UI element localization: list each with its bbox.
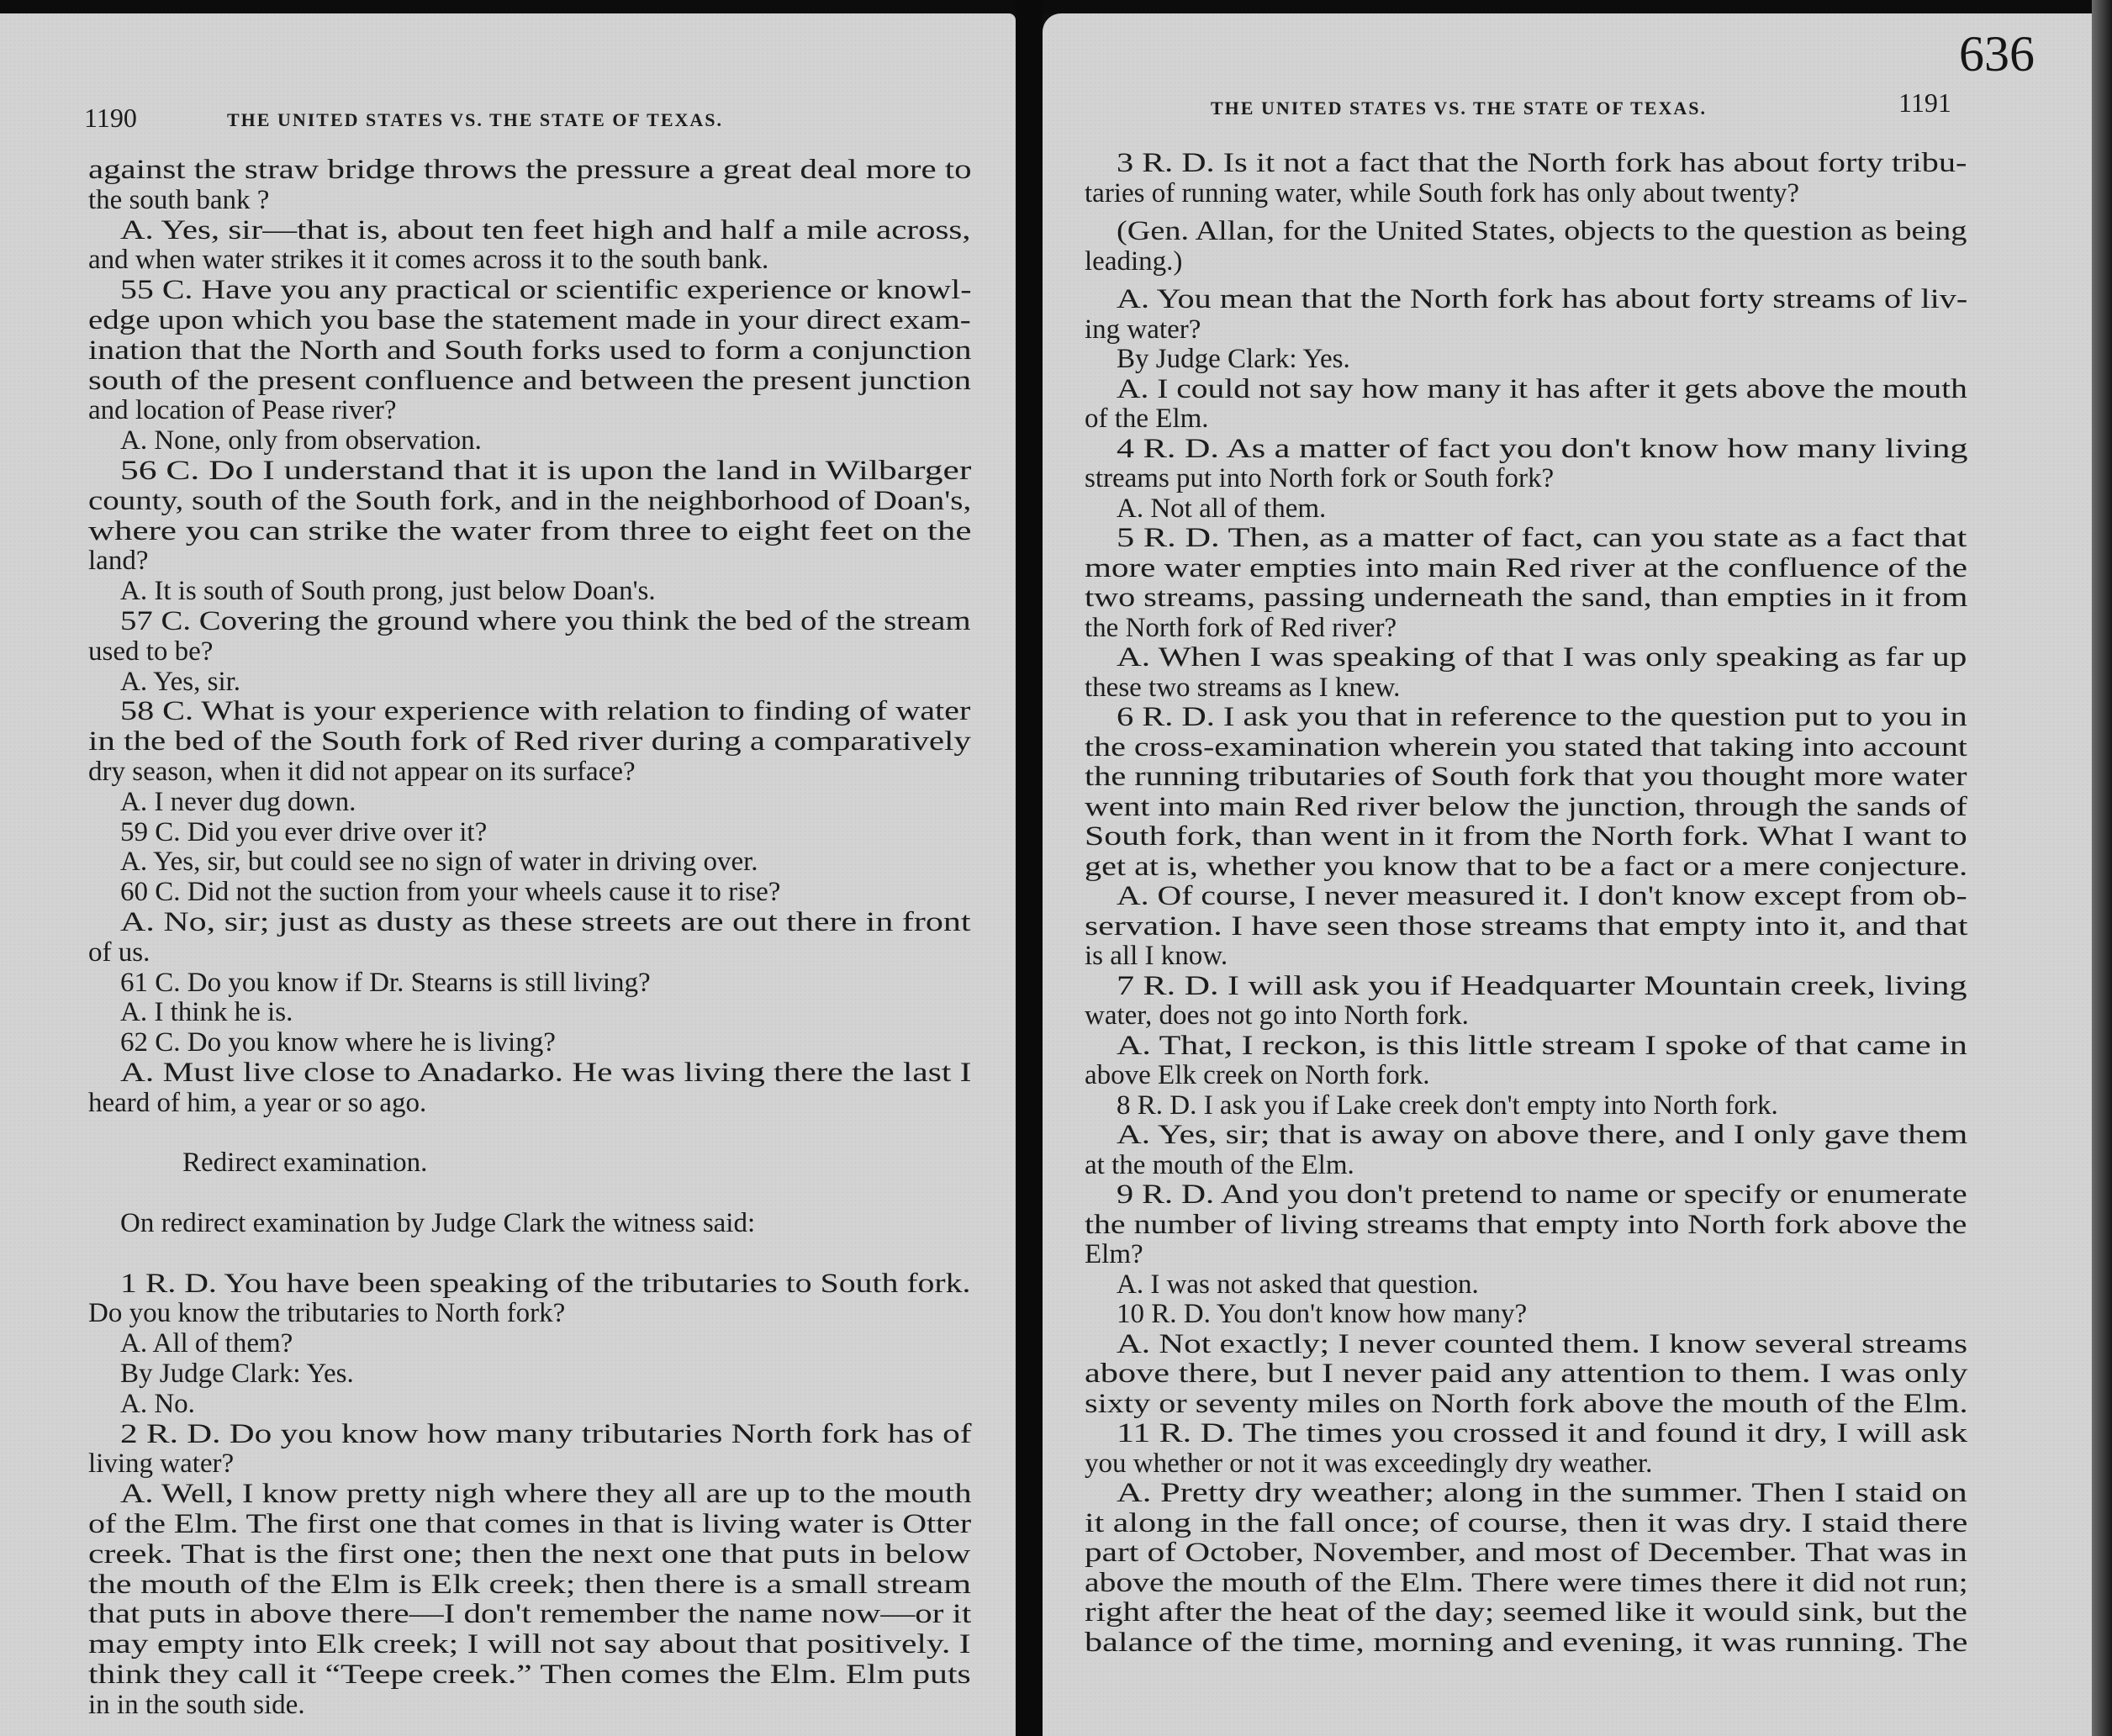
text-line: above the mouth of the Elm. There were t… [1085,1568,1968,1598]
text-line: A. Yes, sir; that is away on above there… [1117,1120,1967,1150]
text-line: 8 R. D. I ask you if Lake creek don't em… [1117,1090,1778,1121]
stamp-number: 636 [1959,25,2035,83]
text-line: 55 C. Have you any practical or scientif… [120,275,971,305]
text-line: above there, but I never paid any attent… [1085,1359,1967,1389]
text-line: A. I was not asked that question. [1117,1269,1479,1300]
text-line: the running tributaries of South fork th… [1085,762,1967,792]
text-line: the mouth of the Elm is Elk creek; then … [88,1570,971,1600]
text-line: the cross-examination wherein you stated… [1085,732,1967,762]
right-page: 636 THE UNITED STATES VS. THE STATE OF T… [1043,13,2092,1736]
text-line: balance of the time, morning and evening… [1085,1628,1968,1658]
text-line: 57 C. Covering the ground where you thin… [120,606,971,636]
running-head: THE UNITED STATES VS. THE STATE OF TEXAS… [227,109,723,131]
text-line: South fork, than went in it from the Nor… [1085,821,1967,852]
text-line: and location of Pease river? [88,395,397,425]
text-line: went into main Red river below the junct… [1085,792,1967,822]
text-line: think they call it “Teepe creek.” Then c… [88,1659,971,1690]
text-line: south of the present confluence and betw… [88,366,971,396]
text-line: against the straw bridge throws the pres… [88,155,972,185]
text-line: A. Yes, sir—that is, about ten feet high… [120,215,971,245]
text-line: 10 R. D. You don't know how many? [1117,1299,1527,1329]
text-line: A. When I was speaking of that I was onl… [1117,642,1967,673]
text-line: 5 R. D. Then, as a matter of fact, can y… [1117,523,1967,553]
text-line: the North fork of Red river? [1085,613,1397,643]
text-line: two streams, passing underneath the sand… [1085,583,1967,613]
text-line: Do you know the tributaries to North for… [88,1298,565,1328]
text-line: you whether or not it was exceedingly dr… [1085,1448,1652,1479]
text-line: A. Not exactly; I never counted them. I … [1117,1329,1967,1359]
text-line: Elm? [1085,1239,1143,1269]
text-line: living water? [88,1448,234,1479]
text-line: get at is, whether you know that to be a… [1085,852,1967,882]
text-line: A. Of course, I never measured it. I don… [1117,881,1967,911]
text-line: at the mouth of the Elm. [1085,1150,1354,1180]
text-line: By Judge Clark: Yes. [120,1359,354,1389]
text-line: 59 C. Did you ever drive over it? [120,817,487,847]
text-line: more water empties into main Red river a… [1085,553,1967,583]
text-line: streams put into North fork or South for… [1085,463,1554,493]
text-line: in the bed of the South fork of Red rive… [88,726,971,757]
text-line: ination that the North and South forks u… [88,335,972,366]
text-line: 56 C. Do I understand that it is upon th… [120,456,971,486]
text-line: 11 R. D. The times you crossed it and fo… [1117,1418,1967,1448]
text-line: 60 C. Did not the suction from your whee… [120,877,780,907]
text-line: A. Yes, sir, but could see no sign of wa… [120,847,758,877]
text-line: A. No. [120,1389,195,1419]
text-line: that puts in above there—I don't remembe… [88,1599,971,1629]
text-line: edge upon which you base the statement m… [88,305,971,335]
page-number: 1190 [84,103,137,134]
text-line: 7 R. D. I will ask you if Headquarter Mo… [1117,971,1967,1001]
text-line: 4 R. D. As a matter of fact you don't kn… [1117,434,1968,464]
text-line: above Elk creek on North fork. [1085,1060,1430,1090]
running-head: THE UNITED STATES VS. THE STATE OF TEXAS… [1211,98,1707,119]
text-line: 9 R. D. And you don't pretend to name or… [1117,1179,1967,1210]
text-line: taries of running water, while South for… [1085,178,1799,208]
text-line: it along in the fall once; of course, th… [1085,1508,1967,1538]
text-line: A. I never dug down. [120,787,356,817]
text-line: A. All of them? [120,1328,293,1359]
text-line: (Gen. Allan, for the United States, obje… [1117,216,1967,246]
text-line: A. You mean that the North fork has abou… [1117,284,1967,314]
text-line: A. Not all of them. [1117,493,1326,524]
text-line: A. I could not say how many it has after… [1117,374,1967,404]
text-line: 58 C. What is your experience with relat… [120,696,970,726]
scan-top-border [0,0,2112,13]
text-line: 3 R. D. Is it not a fact that the North … [1117,148,1967,178]
text-line: 2 R. D. Do you know how many tributaries… [120,1419,972,1449]
text-line: A. That, I reckon, is this little stream… [1117,1031,1967,1061]
text-line: of us. [88,937,150,968]
text-line: heard of him, a year or so ago. [88,1088,426,1118]
text-line: By Judge Clark: Yes. [1117,344,1350,374]
book-gutter [1016,0,1043,1736]
text-line: A. None, only from observation. [120,425,482,456]
text-line: where you can strike the water from thre… [88,516,971,546]
text-line: county, south of the South fork, and in … [88,486,971,516]
text-line: A. I think he is. [120,997,293,1027]
text-line: A. It is south of South prong, just belo… [120,576,656,606]
text-line: dry season, when it did not appear on it… [88,757,636,787]
text-line: in in the south side. [88,1690,305,1720]
text-line: the south bank ? [88,185,269,215]
text-line: the number of living streams that empty … [1085,1210,1967,1240]
text-line: servation. I have seen those streams tha… [1085,911,1967,942]
text-line: 61 C. Do you know if Dr. Stearns is stil… [120,968,651,998]
text-line: On redirect examination by Judge Clark t… [120,1208,755,1238]
text-line: used to be? [88,636,213,667]
section-heading: Redirect examination. [182,1148,427,1178]
book-edge [2092,0,2112,1736]
text-line: sixty or seventy miles on North fork abo… [1085,1389,1968,1419]
text-line: 6 R. D. I ask you that in reference to t… [1117,702,1967,732]
text-line: of the Elm. The first one that comes in … [88,1509,971,1539]
text-line: water, does not go into North fork. [1085,1000,1469,1031]
text-line: and when water strikes it it comes acros… [88,245,768,275]
text-line: right after the heat of the day; seemed … [1085,1597,1967,1628]
page-number: 1191 [1898,87,1951,119]
text-line: A. Well, I know pretty nigh where they a… [120,1479,972,1509]
text-line: A. No, sir; just as dusty as these stree… [120,907,970,937]
text-line: may empty into Elk creek; I will not say… [88,1629,971,1659]
text-line: A. Must live close to Anadarko. He was l… [120,1058,971,1088]
text-line: land? [88,546,148,576]
text-line: ing water? [1085,314,1201,345]
text-line: 1 R. D. You have been speaking of the tr… [120,1269,971,1299]
text-line: A. Yes, sir. [120,667,240,697]
text-line: these two streams as I knew. [1085,673,1400,703]
text-line: leading.) [1085,246,1182,277]
text-line: is all I know. [1085,941,1228,971]
text-line: of the Elm. [1085,404,1209,434]
text-line: part of October, November, and most of D… [1085,1538,1967,1568]
text-line: 62 C. Do you know where he is living? [120,1027,556,1058]
text-line: creek. That is the first one; then the n… [88,1539,970,1570]
left-page: 1190 THE UNITED STATES VS. THE STATE OF … [0,13,1016,1736]
text-line: A. Pretty dry weather; along in the summ… [1117,1478,1967,1508]
